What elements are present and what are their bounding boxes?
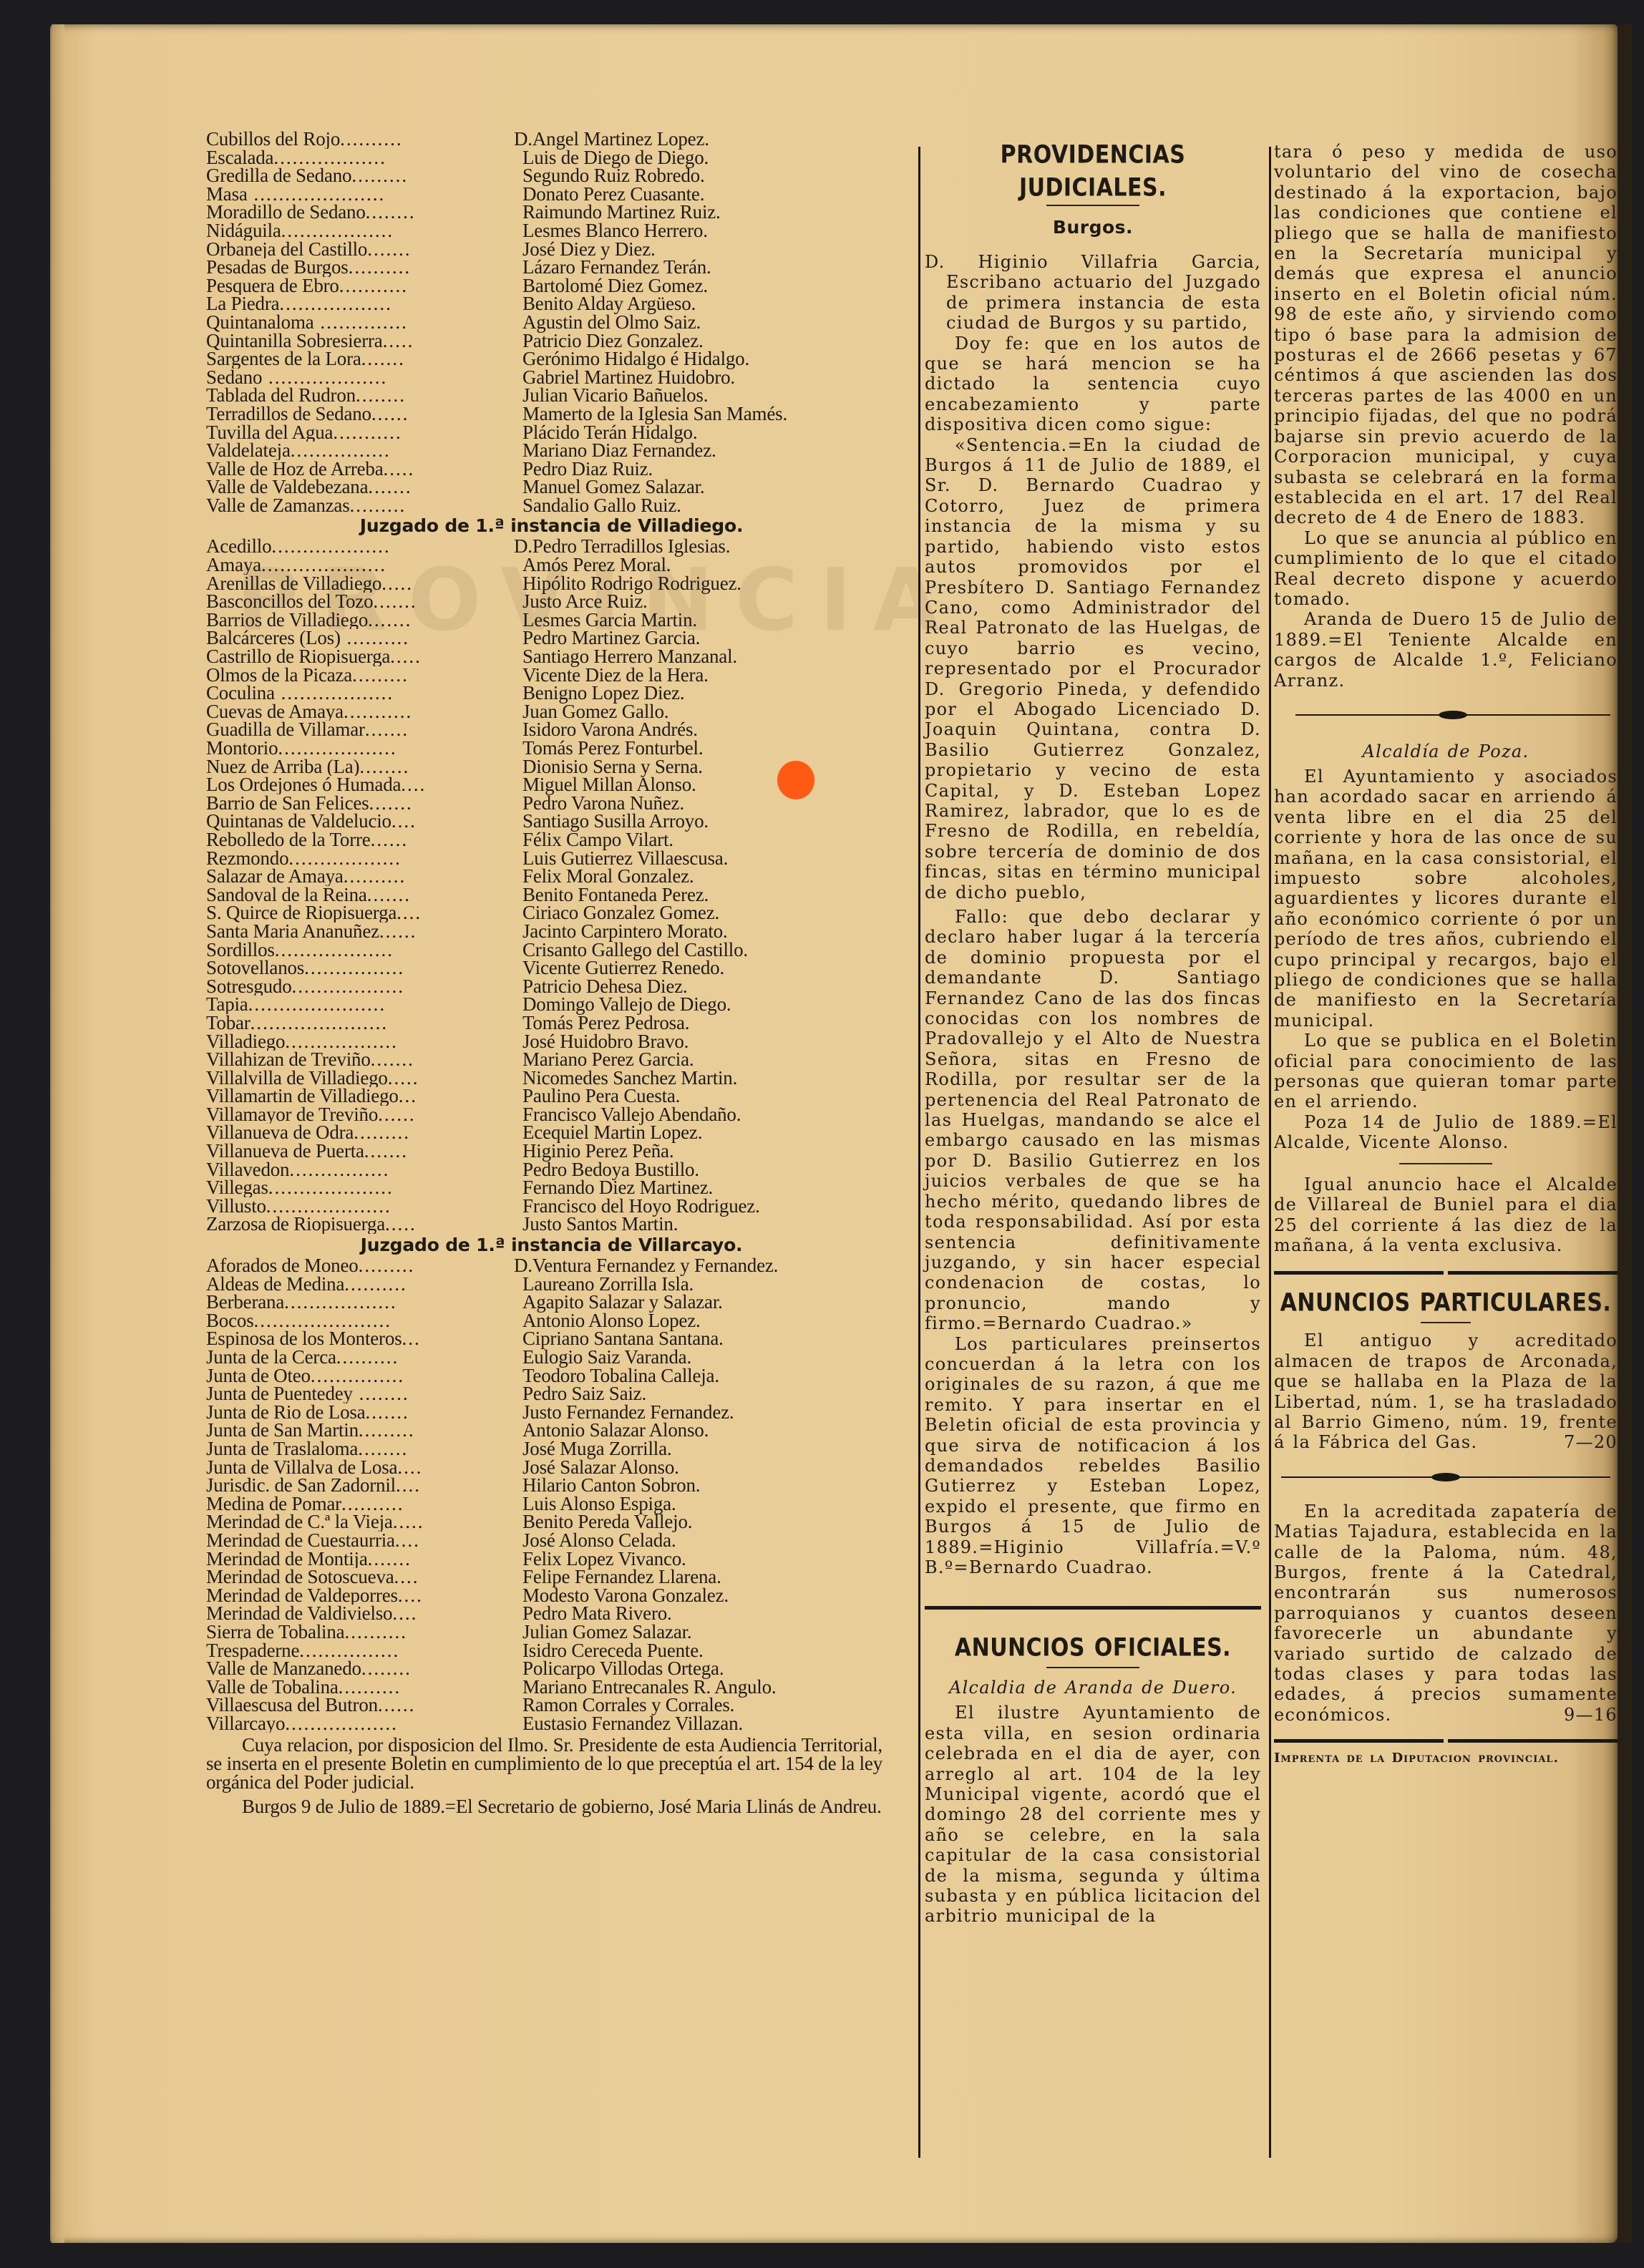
leader-dots: ........	[353, 1385, 409, 1403]
footer-separator	[1274, 1739, 1618, 1743]
sentencia-paragraph: «Sentencia.=En la ciudad de Burgos á 11 …	[925, 435, 1261, 902]
municipality-label: Amaya	[206, 556, 261, 575]
leader-dots: ........	[366, 203, 416, 222]
section-title-anuncios-oficiales: ANUNCIOS OFICIALES.	[925, 1632, 1261, 1665]
leader-dots: ....	[397, 904, 422, 923]
municipality-name: Junta de Puentedey ........	[206, 1385, 514, 1403]
municipality-name: Bocos......................	[206, 1312, 514, 1330]
municipality-list-villadiego: Acedillo...................D.Pedro Terra…	[206, 537, 882, 1234]
official-name: Mariano Perez Garcia.	[514, 1051, 694, 1069]
heading-villadiego: Juzgado de 1.ª instancia de Villadiego.	[206, 515, 882, 537]
municipality-label: Merindad de Sotoscueva	[206, 1568, 394, 1587]
ad-zapateria-text: En la acreditada zapatería de Matias Taj…	[1274, 1502, 1618, 1725]
section-title-providencias: PROVIDENCIAS JUDICIALES.	[925, 139, 1261, 205]
section-separator	[1274, 1271, 1618, 1275]
municipality-label: Acedillo	[206, 537, 271, 556]
directory-row: Quintanaloma ..............Agustin del O…	[206, 313, 882, 332]
leader-dots: ..................	[273, 149, 386, 167]
municipality-label: Valle de Hoz de Arreba	[206, 460, 384, 479]
leader-dots: .....	[390, 648, 422, 666]
leader-dots: ..................	[284, 1293, 397, 1312]
municipality-name: Olmos de la Picaza.........	[206, 666, 514, 685]
municipality-name: Merindad de Cuestaurria....	[206, 1532, 514, 1550]
municipality-list-sedano: Cubillos del Rojo..........D.Angel Marti…	[206, 130, 882, 515]
municipality-name: Merindad de C.ª la Vieja.....	[206, 1513, 514, 1532]
municipality-label: Tobar	[206, 1014, 251, 1033]
municipality-name: Castrillo de Riopisuerga.....	[206, 648, 514, 666]
directory-row: Jurisdic. de San Zadornil....Hilario Can…	[206, 1476, 882, 1495]
leader-dots: ....................	[261, 556, 386, 575]
municipality-label: Rezmondo	[206, 850, 288, 868]
municipality-name: Villusto....................	[206, 1197, 514, 1216]
directory-row: Valle de Zamanzas.........Sandalio Gallo…	[206, 497, 882, 515]
leader-dots: ....	[392, 1605, 417, 1623]
leader-dots: ..............	[314, 313, 408, 332]
municipality-label: Jurisdic. de San Zadornil	[206, 1476, 396, 1495]
municipality-label: Valdelateja	[206, 442, 291, 460]
short-separator	[1399, 1163, 1492, 1164]
leader-dots: .....	[384, 460, 415, 479]
municipality-label: Escalada	[206, 149, 273, 167]
official-name: Mamerto de la Iglesia San Mamés.	[514, 405, 787, 424]
directory-row: Sotovellanos................Vicente Guti…	[206, 959, 882, 978]
municipality-name: Villalvilla de Villadiego.....	[206, 1069, 514, 1088]
section-title-anuncios-particulares: ANUNCIOS PARTICULARES.	[1274, 1287, 1618, 1320]
municipality-name: Merindad de Montija.......	[206, 1550, 514, 1569]
leader-dots: ...................	[271, 537, 390, 556]
official-name: Tomás Perez Pedrosa.	[514, 1014, 689, 1033]
ad-almacen-number: 7—20	[1534, 1432, 1618, 1452]
municipality-name: Medina de Pomar..........	[206, 1495, 514, 1514]
leader-dots: ..................	[292, 978, 405, 996]
leader-dots: ........	[356, 386, 406, 405]
municipality-label: Merindad de Montija	[206, 1550, 368, 1569]
official-name: Eustasio Fernandez Villazan.	[514, 1715, 743, 1733]
leader-dots: .......	[368, 611, 412, 630]
page-binding-edge	[52, 24, 64, 2243]
leader-dots: ....	[391, 812, 417, 831]
municipality-label: Guadilla de Villamar	[206, 721, 365, 739]
leader-dots: ..........	[344, 867, 407, 886]
municipality-name: Guadilla de Villamar.......	[206, 721, 514, 739]
leader-dots: .....	[381, 575, 413, 593]
official-name: Amós Perez Moral.	[514, 556, 671, 575]
municipality-name: Villanueva de Puerta.......	[206, 1142, 514, 1161]
leader-dots: ..................	[275, 684, 394, 703]
official-name: Agapito Salazar y Salazar.	[514, 1293, 723, 1312]
leader-dots: .........	[350, 497, 407, 515]
leader-dots: ......................	[248, 996, 386, 1014]
municipality-label: Trespaderne	[206, 1642, 299, 1660]
municipality-label: Sierra de Tobalina	[206, 1623, 344, 1642]
municipality-name: Moradillo de Sedano........	[206, 203, 514, 222]
directory-row: Aforados de Moneo.........D.Ventura Fern…	[206, 1257, 882, 1275]
municipality-label: Barrio de San Felices	[206, 794, 369, 813]
directory-row: Valle de Manzanedo........Policarpo Vill…	[206, 1660, 882, 1678]
leader-dots: .......	[373, 593, 417, 611]
municipality-label: Villanueva de Puerta	[206, 1142, 364, 1161]
official-name: Segundo Ruiz Robredo.	[514, 167, 705, 185]
column-1-directory: Cubillos del Rojo..........D.Angel Marti…	[206, 130, 882, 1816]
municipality-name: Valle de Hoz de Arreba.....	[206, 460, 514, 479]
official-name: Santiago Herrero Manzanal.	[514, 648, 737, 666]
official-name: Jacinto Carpintero Morato.	[514, 923, 727, 941]
municipality-name: Quintanaloma ..............	[206, 313, 514, 332]
leader-dots: ................	[289, 1161, 389, 1179]
closing-paragraph: Cuya relacion, por disposicion del Ilmo.…	[206, 1736, 882, 1791]
leader-dots: .........	[359, 1421, 415, 1440]
leader-dots: ........	[359, 758, 409, 777]
municipality-label: Barrios de Villadiego	[206, 611, 368, 630]
municipality-label: Sordillos	[206, 941, 275, 960]
directory-row: Junta de Traslaloma........José Muga Zor…	[206, 1440, 882, 1459]
leader-dots: ........	[361, 1660, 412, 1678]
municipality-name: Junta de Villalva de Losa....	[206, 1459, 514, 1477]
municipality-name: Cuevas de Amaya...........	[206, 703, 514, 721]
municipality-label: Salazar de Amaya	[206, 867, 344, 886]
municipality-name: Coculina ..................	[206, 684, 514, 703]
municipality-name: Espinosa de los Monteros...	[206, 1330, 514, 1348]
leader-dots: ......................	[254, 1312, 392, 1330]
municipality-label: Los Ordejones ó Humada	[206, 776, 401, 794]
leader-dots: ..........	[344, 1623, 407, 1642]
municipality-name: Sordillos...................	[206, 941, 514, 960]
leader-dots: .........	[359, 1257, 415, 1275]
municipality-name: Villanueva de Odra.........	[206, 1124, 514, 1142]
leader-dots: ...........	[344, 703, 412, 721]
municipality-label: Zarzosa de Riopisuerga	[206, 1215, 385, 1234]
municipality-label: Villusto	[206, 1197, 266, 1216]
printer-imprint: Imprenta de la Diputacion provincial.	[1274, 1748, 1618, 1768]
leader-dots: .....	[385, 1215, 417, 1234]
municipality-name: Montorio...................	[206, 739, 514, 758]
municipality-label: Junta de Puentedey	[206, 1385, 353, 1403]
directory-row: Merindad de Cuestaurria....José Alonso C…	[206, 1532, 882, 1550]
directory-row: Sargentes de la Lora.......Gerónimo Hida…	[206, 350, 882, 369]
official-name: Félix Campo Vilart.	[514, 831, 673, 850]
leader-dots: .......	[367, 886, 411, 905]
official-name: Justo Santos Martin.	[514, 1215, 678, 1234]
poza-heading: Alcaldía de Poza.	[1274, 739, 1618, 764]
municipality-list-villarcayo: Aforados de Moneo.........D.Ventura Fern…	[206, 1257, 882, 1733]
leader-dots: .........	[352, 666, 409, 685]
municipality-label: Villamayor de Treviño	[206, 1106, 378, 1124]
directory-row: Junta de la Cerca..........Eulogio Saiz …	[206, 1348, 882, 1367]
municipality-label: Masa	[206, 185, 248, 204]
municipality-label: Nuez de Arriba (La)	[206, 758, 359, 777]
municipality-label: S. Quirce de Riopisuerga	[206, 904, 397, 923]
municipality-name: Villadiego..................	[206, 1033, 514, 1051]
municipality-label: Valle de Tobalina	[206, 1678, 339, 1697]
official-name: José Muga Zorrilla.	[514, 1440, 671, 1459]
municipality-name: Junta de Oteo...............	[206, 1367, 514, 1386]
municipality-name: Villavedon................	[206, 1161, 514, 1179]
leader-dots: .....	[388, 1069, 419, 1088]
municipality-label: La Piedra	[206, 295, 279, 313]
municipality-name: Salazar de Amaya..........	[206, 867, 514, 886]
municipality-name: Acedillo...................	[206, 537, 514, 556]
official-name: Benigno Lopez Diez.	[514, 684, 684, 703]
official-name: Gerónimo Hidalgo é Hidalgo.	[514, 350, 749, 369]
leader-dots: .....	[393, 1513, 424, 1532]
ad-zapateria-paragraph: En la acreditada zapatería de Matias Taj…	[1274, 1502, 1618, 1725]
municipality-label: Espinosa de los Monteros	[206, 1330, 402, 1348]
heading-villarcayo: Juzgado de 1.ª instancia de Villarcayo.	[206, 1234, 882, 1257]
municipality-name: Aldeas de Medina..........	[206, 1275, 514, 1294]
municipality-label: Villegas	[206, 1179, 268, 1197]
directory-row: Santa Maria Ananuñez......Jacinto Carpin…	[206, 923, 882, 941]
municipality-label: Villarcayo	[206, 1715, 285, 1733]
municipality-name: Sotovellanos................	[206, 959, 514, 978]
leader-dots: ................	[291, 442, 391, 460]
municipality-label: Tuvilla del Agua	[206, 424, 333, 442]
municipality-name: Nuez de Arriba (La)........	[206, 758, 514, 777]
directory-row: Merindad de Sotoscueva....Felipe Fernand…	[206, 1568, 882, 1587]
municipality-name: Berberana..................	[206, 1293, 514, 1312]
title-underline	[1046, 1667, 1139, 1668]
municipality-name: Tapia......................	[206, 996, 514, 1014]
municipality-name: Villamayor de Treviño......	[206, 1106, 514, 1124]
leader-dots: ......	[378, 1696, 416, 1715]
municipality-name: Masa .....................	[206, 185, 514, 204]
directory-row: Berberana..................Agapito Salaz…	[206, 1293, 882, 1312]
municipality-name: Escalada..................	[206, 149, 514, 167]
leader-dots: .........	[354, 1124, 410, 1142]
municipality-label: Junta de la Cerca	[206, 1348, 336, 1367]
municipality-name: Sedano ...................	[206, 369, 514, 387]
official-name: Lázaro Fernandez Terán.	[514, 258, 711, 277]
municipality-label: Villanueva de Odra	[206, 1124, 354, 1142]
municipality-label: Pesquera de Ebro	[206, 277, 339, 296]
municipality-label: Junta de San Martin	[206, 1421, 359, 1440]
municipality-label: Arenillas de Villadiego	[206, 575, 381, 593]
municipality-name: Valle de Tobalina..........	[206, 1678, 514, 1697]
particulares-paragraph: Los particulares preinsertos concuerdan …	[925, 1334, 1261, 1578]
municipality-label: Coculina	[206, 684, 275, 703]
leader-dots: ................	[299, 1642, 399, 1660]
municipality-label: Aforados de Moneo	[206, 1257, 359, 1275]
municipality-name: Valle de Manzanedo........	[206, 1660, 514, 1678]
municipality-name: Cubillos del Rojo..........	[206, 130, 514, 149]
municipality-label: Merindad de Valdivielso	[206, 1605, 392, 1623]
municipality-name: Zarzosa de Riopisuerga.....	[206, 1215, 514, 1234]
official-name: Justo Arce Ruiz.	[514, 593, 648, 611]
leader-dots: ...................	[275, 941, 394, 960]
leader-dots: .......	[364, 1142, 408, 1161]
municipality-label: Merindad de Cuestaurria	[206, 1532, 395, 1550]
aranda-publico-paragraph: Lo que se anuncia al público en cumplimi…	[1274, 528, 1618, 610]
aranda-continuation: tara ó peso y medida de uso voluntario d…	[1274, 142, 1618, 528]
municipality-name: Tablada del Rudron........	[206, 386, 514, 405]
municipality-label: Quintanaloma	[206, 313, 314, 332]
leader-dots: .....................	[248, 185, 386, 204]
municipality-label: Montorio	[206, 739, 278, 758]
official-name: Miguel Millan Alonso.	[514, 776, 696, 794]
leader-dots: ....	[397, 1459, 422, 1477]
ad-zapateria-number: 9—16	[1534, 1705, 1618, 1725]
municipality-label: Gredilla de Sedano	[206, 167, 351, 185]
municipality-name: Los Ordejones ó Humada....	[206, 776, 514, 794]
municipality-name: Pesquera de Ebro...........	[206, 277, 514, 296]
leader-dots: .......	[371, 1051, 414, 1069]
municipality-label: Villamartin de Villadiego	[206, 1087, 399, 1106]
leader-dots: ..........	[340, 130, 403, 149]
municipality-name: Villaescusa del Butron......	[206, 1696, 514, 1715]
column-3-anuncios: tara ó peso y medida de uso voluntario d…	[1274, 142, 1618, 1769]
aranda-signature: Aranda de Duero 15 de Julio de 1889.=El …	[1274, 609, 1618, 691]
leader-dots: ..................	[279, 295, 392, 313]
directory-row: Sierra de Tobalina..........Julian Gomez…	[206, 1623, 882, 1642]
leader-dots: ..................	[288, 850, 402, 868]
leader-dots: ....	[395, 1532, 420, 1550]
leader-dots: .......	[368, 478, 412, 497]
directory-row: Montorio...................Tomás Perez F…	[206, 739, 882, 758]
official-name: Felix Moral Gonzalez.	[514, 867, 694, 886]
municipality-name: Orbaneja del Castillo.......	[206, 240, 514, 259]
municipality-name: Quintanilla Sobresierra.....	[206, 332, 514, 351]
leader-dots: ................	[304, 959, 404, 978]
municipality-name: Sierra de Tobalina..........	[206, 1623, 514, 1642]
leader-dots: ..................	[281, 222, 394, 240]
directory-row: Zarzosa de Riopisuerga.....Justo Santos …	[206, 1215, 882, 1234]
aranda-paragraph: El ilustre Ayuntamiento de esta villa, e…	[925, 1703, 1261, 1926]
municipality-name: Quintanas de Valdelucio....	[206, 812, 514, 831]
municipality-name: Rebolledo de la Torre......	[206, 831, 514, 850]
ad-almacen-paragraph: El antiguo y acreditado almacen de trapo…	[1274, 1330, 1618, 1452]
leader-dots: ....	[394, 1568, 419, 1587]
municipality-name: Junta de la Cerca..........	[206, 1348, 514, 1367]
directory-row: Junta de Puentedey ........Pedro Saiz Sa…	[206, 1385, 882, 1403]
municipality-label: Sargentes de la Lora	[206, 350, 361, 369]
directory-row: Villanueva de Puerta.......Higinio Perez…	[206, 1142, 882, 1161]
directory-row: Salazar de Amaya..........Felix Moral Go…	[206, 867, 882, 886]
municipality-name: Trespaderne................	[206, 1642, 514, 1660]
municipality-name: Junta de Traslaloma........	[206, 1440, 514, 1459]
municipality-label: Santa Maria Ananuñez	[206, 923, 379, 941]
municipality-name: Merindad de Valdivielso....	[206, 1605, 514, 1623]
municipality-label: Junta de Villalva de Losa	[206, 1459, 397, 1477]
municipality-label: Balcárceres (Los)	[206, 629, 341, 648]
municipality-name: La Piedra..................	[206, 295, 514, 313]
official-name: D.Ventura Fernandez y Fernandez.	[514, 1257, 778, 1275]
municipality-name: Merindad de Valdeporres....	[206, 1587, 514, 1605]
official-name: Felipe Fernandez Llarena.	[514, 1568, 721, 1587]
municipality-label: Valle de Manzanedo	[206, 1660, 361, 1678]
column-divider-right	[1269, 147, 1271, 2158]
municipality-name: Sandoval de la Reina.......	[206, 886, 514, 905]
municipality-name: Junta de Rio de Losa.......	[206, 1403, 514, 1422]
aranda-heading: Alcaldia de Aranda de Duero.	[925, 1675, 1261, 1700]
municipality-name: Sotresgudo..................	[206, 978, 514, 996]
municipality-label: Quintanilla Sobresierra	[206, 332, 383, 351]
municipality-label: Terradillos de Sedano	[206, 405, 371, 424]
municipality-label: Rebolledo de la Torre	[206, 831, 371, 850]
leader-dots: ....................	[266, 1197, 391, 1216]
ornamental-separator	[1281, 1471, 1610, 1483]
leader-dots: ...	[402, 1330, 420, 1348]
official-name: Tomás Perez Fonturbel.	[514, 739, 703, 758]
municipality-name: Santa Maria Ananuñez......	[206, 923, 514, 941]
municipality-label: Aldeas de Medina	[206, 1275, 344, 1294]
municipality-label: Orbaneja del Castillo	[206, 240, 367, 259]
leader-dots: ...................	[262, 369, 387, 387]
municipality-name: Villahizan de Treviño.......	[206, 1051, 514, 1069]
official-name: Policarpo Villodas Ortega.	[514, 1660, 724, 1678]
municipality-name: Basconcillos del Tozo.......	[206, 593, 514, 611]
leader-dots: ..................	[285, 1033, 398, 1051]
municipality-name: Junta de San Martin.........	[206, 1421, 514, 1440]
official-name: Julian Gomez Salazar.	[514, 1623, 691, 1642]
municipality-label: Villavedon	[206, 1161, 289, 1179]
leader-dots: ...	[399, 1087, 417, 1106]
leader-dots: .......	[361, 350, 405, 369]
municipality-label: Valle de Zamanzas	[206, 497, 350, 515]
municipality-name: Amaya....................	[206, 556, 514, 575]
signature-paragraph: Burgos 9 de Julio de 1889.=El Secretario…	[206, 1797, 882, 1816]
leader-dots: .........	[351, 167, 408, 185]
poza-publica-paragraph: Lo que se publica en el Boletin oficial …	[1274, 1031, 1618, 1112]
municipality-label: Sotovellanos	[206, 959, 304, 978]
leader-dots: ......	[378, 1106, 416, 1124]
directory-row: Pesadas de Burgos..........Lázaro Fernan…	[206, 258, 882, 277]
leader-dots: ..........	[339, 1678, 402, 1697]
directory-row: Coculina ..................Benigno Lopez…	[206, 684, 882, 703]
title-underline	[1046, 205, 1139, 206]
directory-row: Rebolledo de la Torre......Félix Campo V…	[206, 831, 882, 850]
leader-dots: ....................	[268, 1179, 394, 1197]
official-name: Agustin del Olmo Saiz.	[514, 313, 701, 332]
municipality-label: Quintanas de Valdelucio	[206, 812, 391, 831]
leader-dots: .......	[369, 794, 413, 813]
directory-row: Amaya....................Amós Perez Mora…	[206, 556, 882, 575]
municipality-label: Basconcillos del Tozo	[206, 593, 373, 611]
municipality-label: Pesadas de Burgos	[206, 258, 349, 277]
municipality-name: Tuvilla del Agua...........	[206, 424, 514, 442]
municipality-name: Barrios de Villadiego.......	[206, 611, 514, 630]
municipality-label: Castrillo de Riopisuerga	[206, 648, 390, 666]
directory-row: Villegas....................Fernando Die…	[206, 1179, 882, 1197]
leader-dots: ...................	[278, 739, 397, 758]
leader-dots: ..................	[285, 1715, 398, 1733]
subsection-title-burgos: Burgos.	[925, 213, 1261, 242]
municipality-label: Medina de Pomar	[206, 1495, 341, 1514]
title-underline	[1421, 1322, 1471, 1323]
municipality-label: Tapia	[206, 996, 248, 1014]
municipality-name: Villamartin de Villadiego...	[206, 1087, 514, 1106]
leader-dots: ..........	[349, 258, 412, 277]
municipality-name: Arenillas de Villadiego.....	[206, 575, 514, 593]
municipality-name: Barrio de San Felices.......	[206, 794, 514, 813]
municipality-label: Moradillo de Sedano	[206, 203, 366, 222]
municipality-label: Valle de Valdebezana	[206, 478, 368, 497]
column-divider-left	[918, 147, 920, 2158]
municipality-label: Sandoval de la Reina	[206, 886, 367, 905]
directory-row: Villarcayo..................Eustasio Fer…	[206, 1715, 882, 1733]
directory-row: Nidáguila..................Lesmes Blanco…	[206, 222, 882, 240]
municipality-label: Tablada del Rudron	[206, 386, 356, 405]
municipality-label: Merindad de Valdeporres	[206, 1587, 398, 1605]
directory-row: Castrillo de Riopisuerga.....Santiago He…	[206, 648, 882, 666]
leader-dots: .......	[365, 1403, 409, 1422]
leader-dots: ...........	[333, 424, 402, 442]
municipality-name: Merindad de Sotoscueva....	[206, 1568, 514, 1587]
leader-dots: ......	[371, 831, 409, 850]
official-name: D.Angel Martinez Lopez.	[514, 130, 709, 149]
poza-paragraph: El Ayuntamiento y asociados han acordado…	[1274, 766, 1618, 1031]
municipality-label: Junta de Rio de Losa	[206, 1403, 365, 1422]
official-name: Higinio Perez Peña.	[514, 1142, 673, 1161]
official-name: Lesmes Blanco Herrero.	[514, 222, 708, 240]
